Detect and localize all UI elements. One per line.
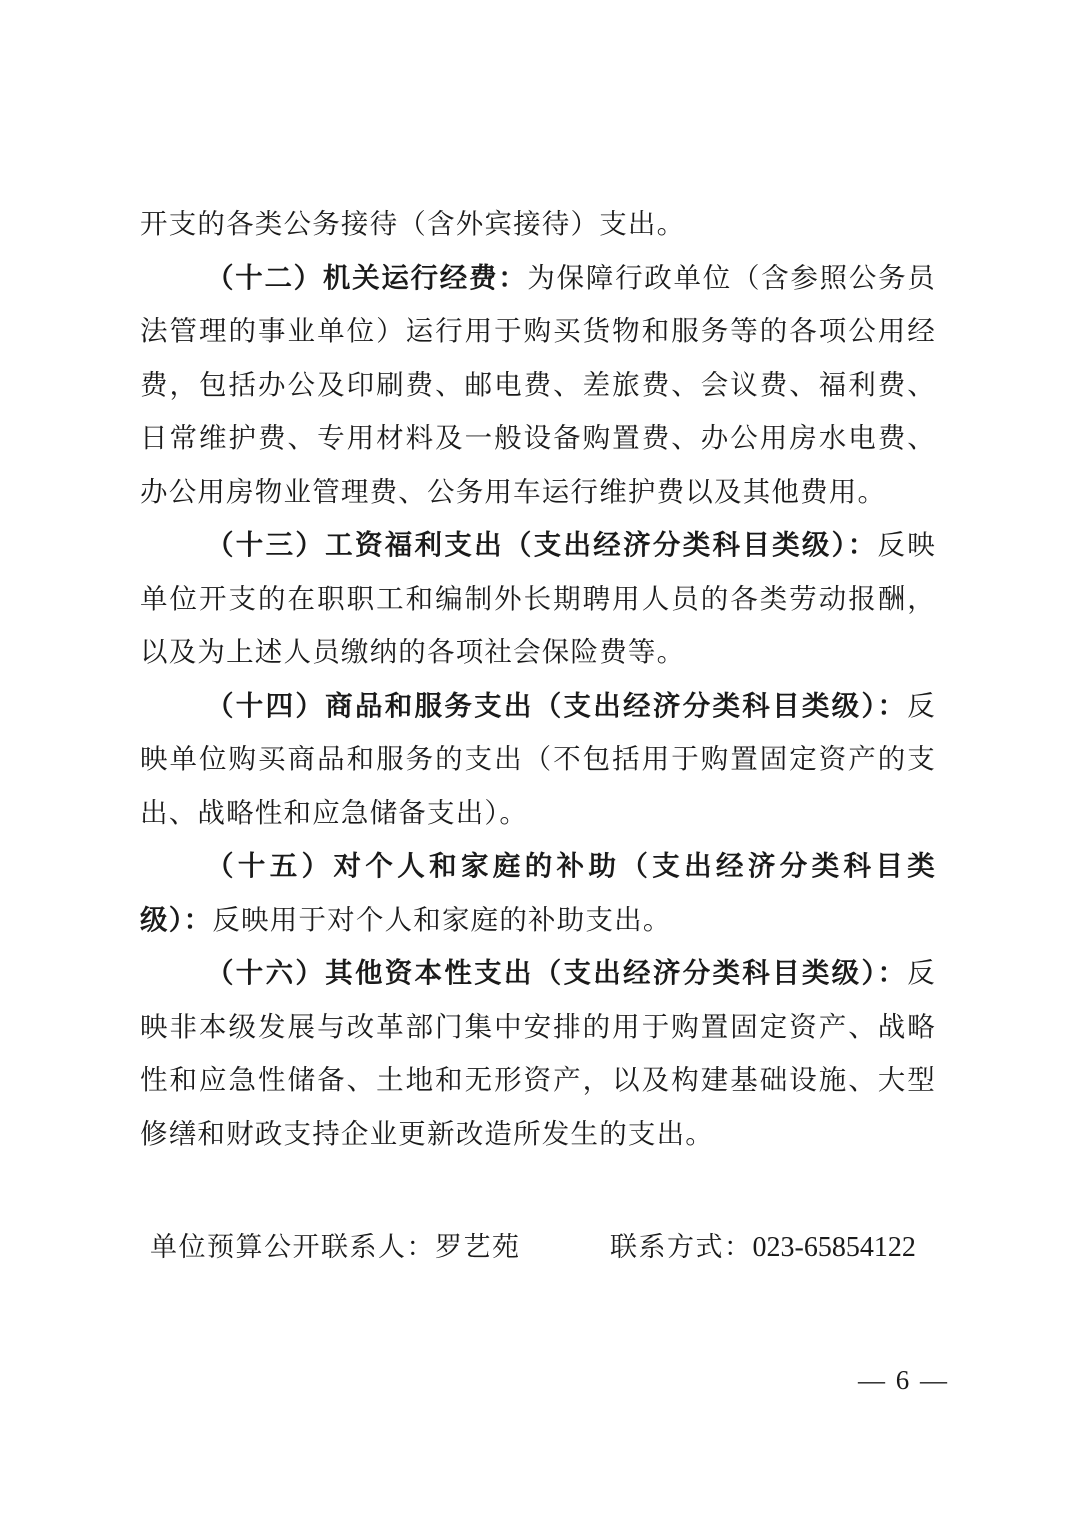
paragraph-13-wage-welfare: （十三）工资福利支出（支出经济分类科目类级）：反映单位开支的在职职工和编制外长期… bbox=[140, 519, 936, 680]
contact-person-label: 单位预算公开联系人： bbox=[150, 1232, 435, 1263]
document-body: 开支的各类公务接待（含外宾接待）支出。 （十二）机关运行经费：为保障行政单位（含… bbox=[140, 198, 936, 1161]
paragraph-term: （十二）机关运行经费： bbox=[206, 262, 527, 294]
paragraph-16-other-capital: （十六）其他资本性支出（支出经济分类科目类级）：反映非本级发展与改革部门集中安排… bbox=[140, 947, 936, 1161]
contact-person: 单位预算公开联系人：罗艺苑 bbox=[150, 1228, 610, 1268]
paragraph-12-operating-expenses: （十二）机关运行经费：为保障行政单位（含参照公务员法管理的事业单位）运行用于购买… bbox=[140, 252, 936, 520]
page-number: — 6 — bbox=[858, 1362, 949, 1398]
paragraph-term: （十六）其他资本性支出（支出经济分类科目类级）： bbox=[206, 957, 907, 989]
paragraph-term: （十三）工资福利支出（支出经济分类科目类级）： bbox=[206, 529, 878, 561]
paragraph-term: （十四）商品和服务支出（支出经济分类科目类级）： bbox=[206, 690, 907, 722]
paragraph-text: 开支的各类公务接待（含外宾接待）支出。 bbox=[140, 208, 685, 240]
paragraph-text: 为保障行政单位（含参照公务员法管理的事业单位）运行用于购买货物和服务等的各项公用… bbox=[140, 262, 936, 508]
contact-phone: 联系方式：023-65854122 bbox=[610, 1232, 916, 1263]
contact-phone-number: 023-65854122 bbox=[753, 1232, 916, 1263]
paragraph-15-individual-subsidy: （十五）对个人和家庭的补助（支出经济分类科目类级）：反映用于对个人和家庭的补助支… bbox=[140, 840, 936, 947]
paragraph-14-goods-services: （十四）商品和服务支出（支出经济分类科目类级）：反映单位购买商品和服务的支出（不… bbox=[140, 680, 936, 841]
contact-person-name: 罗艺苑 bbox=[435, 1232, 521, 1263]
contact-phone-label: 联系方式： bbox=[610, 1232, 753, 1263]
paragraph-11-continuation: 开支的各类公务接待（含外宾接待）支出。 bbox=[140, 198, 936, 252]
paragraph-text: 反映用于对个人和家庭的补助支出。 bbox=[212, 904, 671, 936]
contact-line: 单位预算公开联系人：罗艺苑联系方式：023-65854122 bbox=[150, 1228, 940, 1268]
